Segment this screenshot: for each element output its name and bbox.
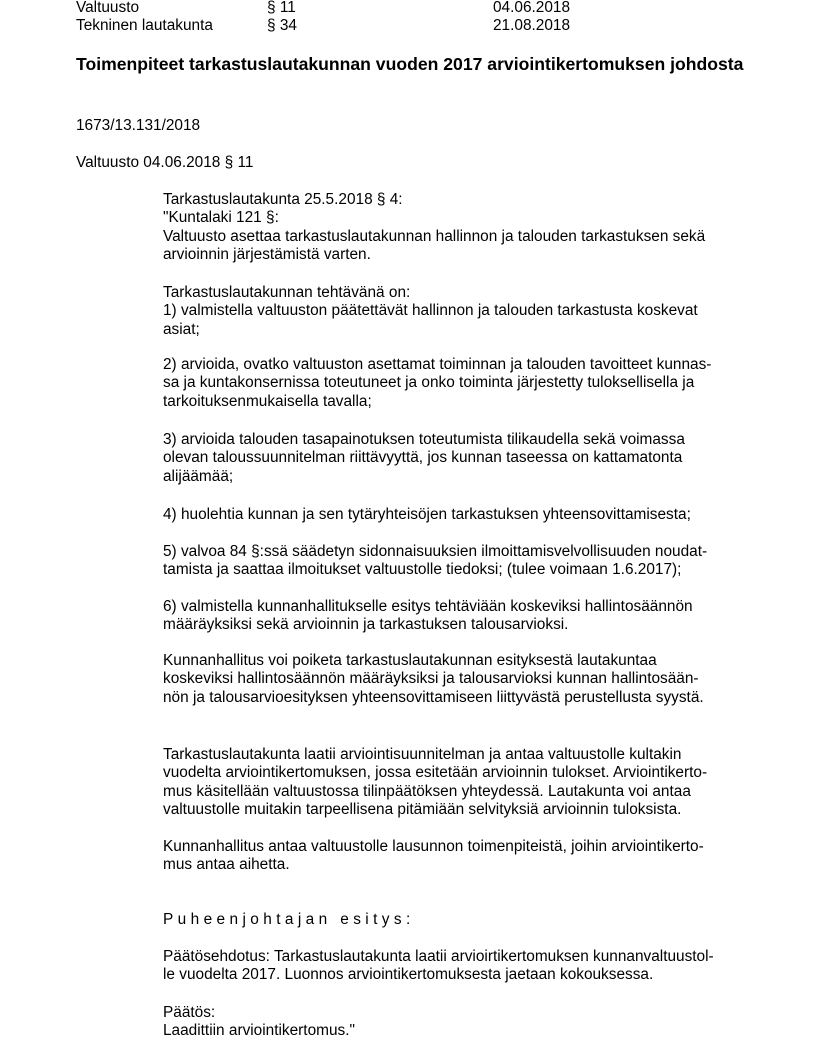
history-row: Tekninen lautakunta § 34 21.08.2018	[76, 17, 776, 35]
proposal-paragraph: Päätösehdotus: Tarkastuslautakunta laati…	[163, 948, 753, 985]
task-4-paragraph: 4) huolehtia kunnan ja sen tytäryhteisöj…	[163, 506, 753, 524]
evaluation-plan-paragraph: Tarkastuslautakunta laatii arviointisuun…	[163, 746, 753, 819]
task-6-paragraph: 6) valmistella kunnanhallitukselle esity…	[163, 598, 753, 635]
history-body: Tekninen lautakunta	[76, 17, 213, 35]
tasks-paragraph: Tarkastuslautakunnan tehtävänä on: 1) va…	[163, 284, 753, 339]
history-date: 04.06.2018	[493, 0, 570, 17]
diary-number: 1673/13.131/2018	[76, 117, 200, 135]
statement-paragraph: Kunnanhallitus antaa valtuustolle lausun…	[163, 838, 753, 875]
task-3-paragraph: 3) arvioida talouden tasapainotuksen tot…	[163, 431, 753, 486]
history-body: Valtuusto	[76, 0, 139, 17]
history-section: § 34	[267, 17, 297, 35]
decision-paragraph: Päätös: Laadittiin arviointikertomus."	[163, 1004, 753, 1041]
history-date: 21.08.2018	[493, 17, 570, 35]
history-row: Valtuusto § 11 04.06.2018	[76, 0, 776, 17]
intro-paragraph: Tarkastuslautakunta 25.5.2018 § 4: "Kunt…	[163, 191, 753, 264]
page-title: Toimenpiteet tarkastuslautakunnan vuoden…	[76, 53, 756, 76]
meeting-reference: Valtuusto 04.06.2018 § 11	[76, 154, 253, 172]
chair-proposal-heading: Puheenjohtajan esitys:	[163, 911, 753, 929]
task-2-paragraph: 2) arvioida, ovatko valtuuston asettamat…	[163, 356, 753, 411]
task-5-paragraph: 5) valvoa 84 §:ssä säädetyn sidonnaisuuk…	[163, 543, 753, 580]
history-section: § 11	[267, 0, 296, 17]
deviation-paragraph: Kunnanhallitus voi poiketa tarkastuslaut…	[163, 652, 753, 707]
